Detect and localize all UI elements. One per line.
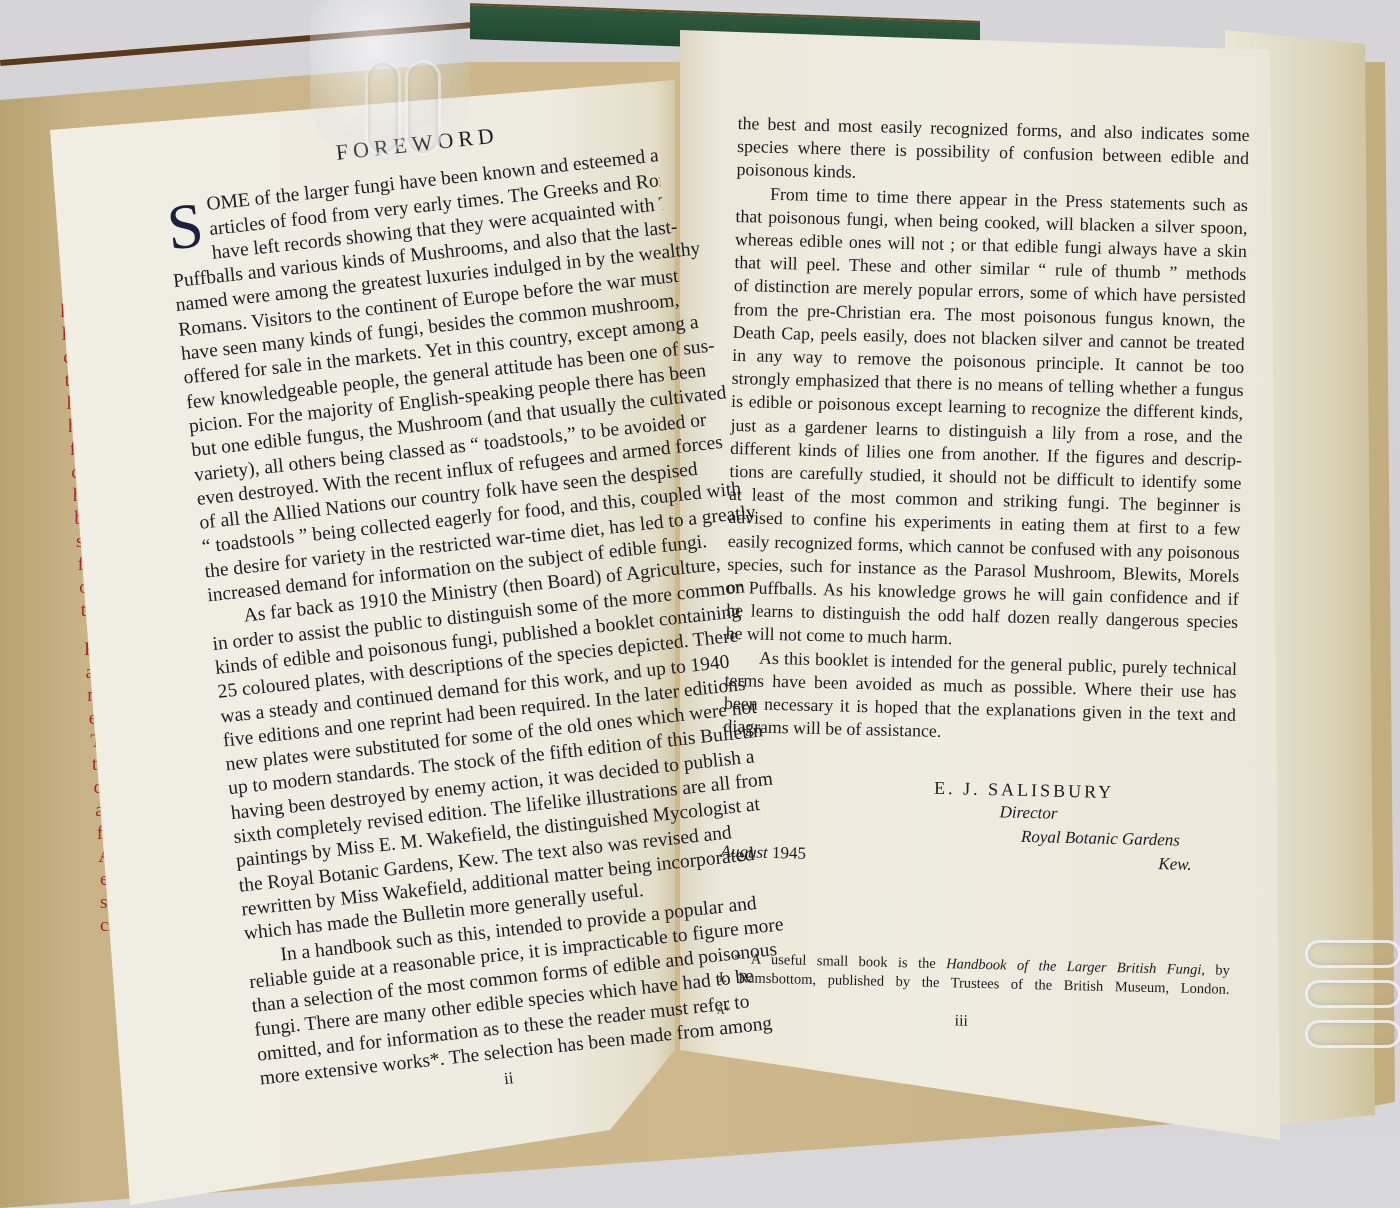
clip-loop [405,60,441,156]
clip-loop [1305,1020,1400,1048]
signatory-role: Director [999,801,1057,826]
left-page-text: FOREWORD S OME of the larger fungi have … [160,107,756,1118]
left-body-lines: Puffballs and various kinds of Mushrooms… [172,217,753,1092]
signatory-place: Kew. [1158,853,1192,877]
clip-loop [365,60,401,156]
clip-loop [1305,980,1400,1008]
foreword-date: August 1945 [720,840,806,865]
signatory-organization: Royal Botanic Gardens [1021,825,1180,852]
clip-loop [1305,940,1400,968]
drop-cap: S [164,196,206,258]
page-number-right: iii [954,1010,968,1034]
plastic-page-clip-right [1300,930,1400,1060]
date-month: August [720,842,768,862]
photo-scene: llctlhfchbsfuotiRamedTwtradeandfouAediso… [0,0,1400,1208]
date-year: 1945 [772,843,806,863]
right-body-lines: the best and most easily recognized form… [723,112,1250,750]
right-page-text: the best and most easily recognized form… [716,112,1249,1040]
footnote: * A useful small book is the Handbook of… [717,950,1230,1000]
printer-signature-mark: A* [717,1000,731,1024]
signature-block: E. J. SALISBURY Director Royal Botanic G… [720,772,1234,894]
plastic-page-clip-top [310,0,470,160]
